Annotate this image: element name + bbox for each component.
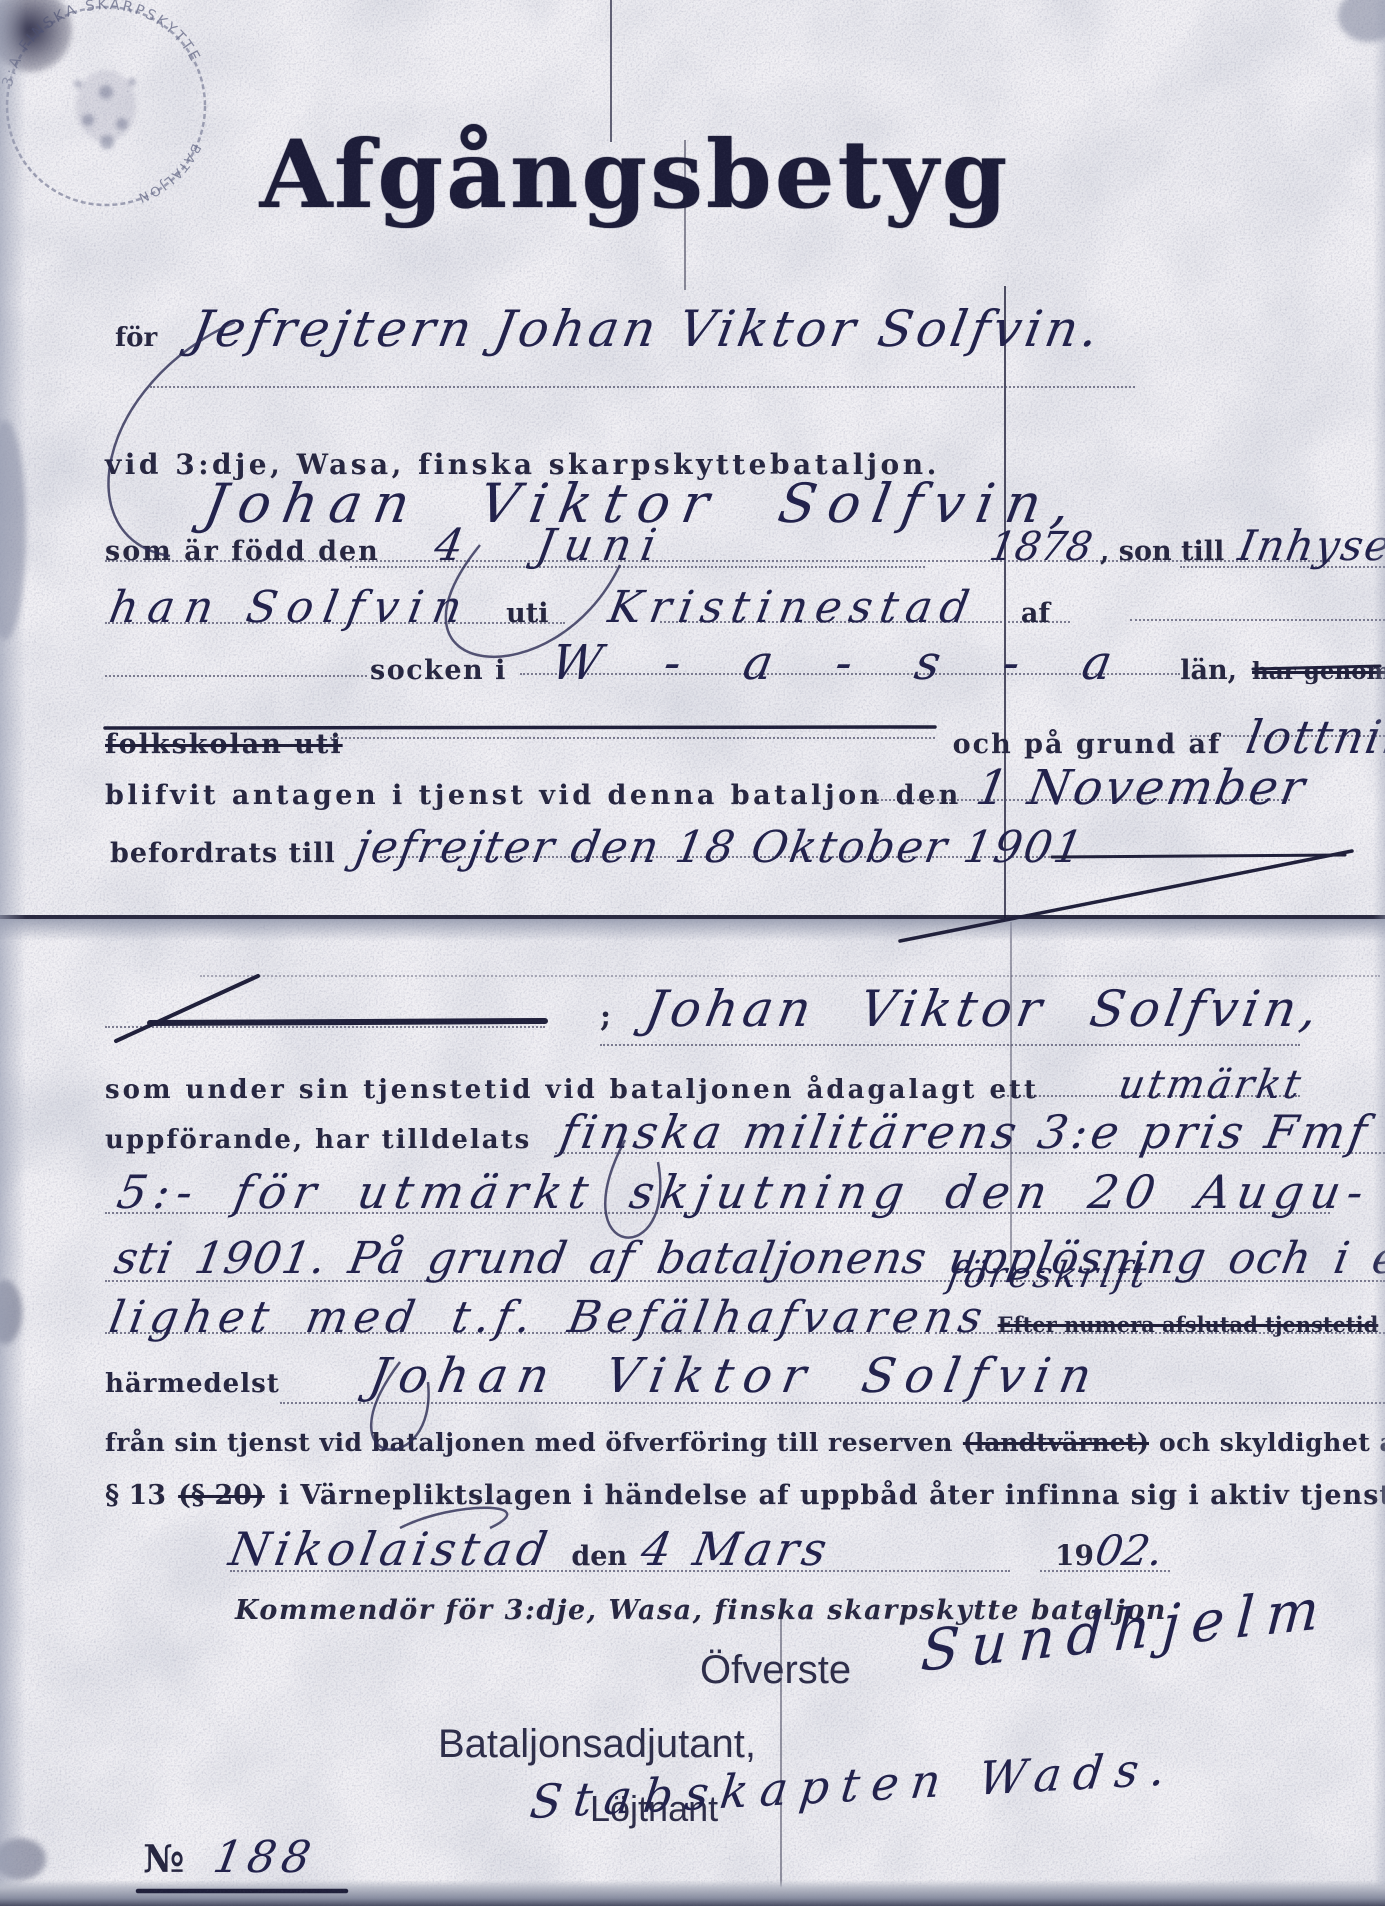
semicolon: ; bbox=[600, 999, 611, 1034]
award-handwritten-2: 5:- för utmärkt skjutning den 20 Augu- bbox=[113, 1165, 1374, 1219]
school-line: folkskolan uti och på grund af lottning bbox=[105, 710, 1385, 764]
document-title: Afgångsbetyg bbox=[0, 120, 1270, 230]
dotted-rule bbox=[200, 975, 1380, 977]
corner-smudge bbox=[0, 1838, 46, 1880]
struck-text: har genomgått bbox=[1252, 658, 1385, 685]
struck-paragraph-ref: (§ 20) bbox=[178, 1480, 265, 1511]
dotted-rule bbox=[600, 1044, 1300, 1046]
enlistment-line: blifvit antagen i tjenst vid denna batal… bbox=[105, 760, 1385, 816]
inserted-word-line: föreskrift bbox=[948, 1255, 1148, 1296]
fold-line-vertical bbox=[780, 1598, 782, 1906]
for-label: för bbox=[115, 323, 157, 353]
dotted-rule bbox=[105, 675, 367, 677]
birth-line: som är född den 4 Juni 1878 , son till I… bbox=[105, 520, 1385, 571]
document-page: 3:A FINSKA SKARPSKYTTE BATALJON Afgångsb… bbox=[0, 0, 1385, 1906]
obligation-text: och skyldighet att jemlikt bbox=[1159, 1428, 1385, 1457]
corner-smudge bbox=[0, 0, 72, 72]
document-number-line: № 188 bbox=[143, 1832, 316, 1883]
county-handwritten: W - a - s - a bbox=[547, 635, 1130, 691]
promotion-handwritten: jefrejter den 18 Oktober 1901 bbox=[351, 822, 1088, 873]
blank-fill-bar bbox=[1052, 855, 1345, 857]
recipient-line: för Jefrejtern Johan Viktor Solfvin. bbox=[115, 300, 1102, 358]
name-handwritten: Johan Viktor Solfvin, bbox=[641, 980, 1327, 1038]
bottom-edge-band bbox=[0, 1880, 1385, 1906]
birth-year-handwritten: 1878 bbox=[986, 524, 1096, 570]
dotted-rule bbox=[1130, 619, 1385, 621]
left-edge-shading bbox=[0, 0, 26, 1906]
colonel-line: Öfverste bbox=[700, 1648, 851, 1693]
parish-line: socken i W - a - s - a län, har genomgåt… bbox=[370, 635, 1385, 691]
colonel-signature: Sundhjelm bbox=[919, 1576, 1333, 1685]
award-line-2: 5:- för utmärkt skjutning den 20 Augu- bbox=[118, 1165, 1370, 1219]
hereby-label: härmedelst bbox=[105, 1369, 280, 1399]
enlistment-date-handwritten: 1 November bbox=[972, 760, 1312, 816]
law-text: i Värnepliktslagen i händelse af uppbåd … bbox=[279, 1480, 1385, 1511]
enlisted-label: blifvit antagen i tjenst vid denna batal… bbox=[105, 780, 962, 811]
dissolution-handwritten: sti 1901. På grund af bataljonens upplös… bbox=[111, 1233, 1385, 1284]
birthplace-handwritten: Kristinestad bbox=[604, 582, 980, 633]
father-place-line: han Solfvin uti Kristinestad af bbox=[110, 582, 1050, 633]
struck-service-text: Efter numera afslutad tjenstetid bbox=[998, 1312, 1379, 1337]
adjutant-line: Bataljonsadjutant, bbox=[438, 1722, 756, 1767]
name-handwritten: Johan Viktor Solfvin bbox=[365, 1348, 1106, 1404]
grounds-label: och på grund af bbox=[953, 729, 1222, 760]
conduct-line: som under sin tjenstetid vid bataljonen … bbox=[105, 1062, 1303, 1108]
son-of-label: , son till bbox=[1100, 536, 1224, 567]
county-label: län, bbox=[1180, 655, 1237, 686]
transfer-text: från sin tjenst vid bataljonen med öfver… bbox=[105, 1428, 953, 1457]
af-label: af bbox=[1021, 598, 1050, 629]
conduct-label: som under sin tjenstetid vid bataljonen … bbox=[105, 1075, 1039, 1105]
father-handwritten: Inhyses Jo- bbox=[1235, 521, 1385, 570]
order-handwritten: lighet med t.f. Befälhafvarens bbox=[106, 1292, 993, 1343]
recipient-name-handwritten: Jefrejtern Johan Viktor Solfvin. bbox=[187, 300, 1107, 358]
order-line: lighet med t.f. Befälhafvarens Efter num… bbox=[110, 1292, 1385, 1343]
award-label: uppförande, har tilldelats bbox=[105, 1125, 531, 1155]
award-handwritten: finska militärens 3:e pris Fmf bbox=[557, 1105, 1376, 1159]
blank-fill-bar bbox=[150, 1021, 545, 1023]
edge-smudge bbox=[0, 1280, 22, 1344]
father-name-handwritten: han Solfvin bbox=[106, 582, 476, 633]
adjutant-label: Bataljonsadjutant, bbox=[438, 1722, 756, 1767]
promotion-line: befordrats till jefrejter den 18 Oktober… bbox=[110, 822, 1084, 873]
born-label: som är född den bbox=[105, 536, 380, 567]
place-date-line: Nikolaistad den 4 Mars 19 02. bbox=[230, 1522, 1163, 1576]
inserted-word-handwritten: föreskrift bbox=[944, 1255, 1152, 1296]
document-number-handwritten: 188 bbox=[210, 1832, 321, 1883]
uti-label: uti bbox=[506, 598, 548, 629]
year-handwritten: 02. bbox=[1092, 1526, 1167, 1575]
dissolution-line: sti 1901. På grund af bataljonens upplös… bbox=[115, 1233, 1385, 1284]
enlistment-reason-handwritten: lottning bbox=[1242, 710, 1385, 764]
den-label: den bbox=[571, 1541, 627, 1572]
edge-smudge bbox=[0, 420, 26, 640]
date-handwritten: 4 Mars bbox=[637, 1522, 835, 1576]
colonel-label: Öfverste bbox=[700, 1648, 851, 1693]
conduct-grade-handwritten: utmärkt bbox=[1115, 1062, 1307, 1108]
award-line: uppförande, har tilldelats finska militä… bbox=[105, 1105, 1370, 1159]
promoted-label: befordrats till bbox=[110, 838, 336, 869]
dotted-rule bbox=[105, 1026, 545, 1028]
corner-smudge bbox=[1338, 0, 1385, 42]
diagonal-pen-slash bbox=[116, 976, 258, 1041]
year-prefix: 19 bbox=[1055, 1539, 1094, 1572]
parish-label: socken i bbox=[370, 655, 507, 686]
law-line: § 13 (§ 20) i Värnepliktslagen i händels… bbox=[105, 1480, 1385, 1511]
struck-school-text: folkskolan uti bbox=[105, 729, 343, 760]
repeat-name-line: ; Johan Viktor Solfvin, bbox=[600, 980, 1322, 1038]
transfer-line: från sin tjenst vid bataljonen med öfver… bbox=[105, 1428, 1385, 1457]
struck-landtvarnet-text: (landtvärnet) bbox=[963, 1428, 1149, 1457]
dotted-rule bbox=[150, 386, 1135, 388]
right-edge-shading bbox=[1373, 0, 1385, 1906]
hereby-line: härmedelst Johan Viktor Solfvin bbox=[105, 1348, 1101, 1404]
paragraph-ref: § 13 bbox=[105, 1480, 166, 1511]
birth-date-handwritten: 4 Juni bbox=[430, 520, 669, 571]
number-label: № bbox=[143, 1836, 184, 1881]
colonel-signature-line: Sundhjelm bbox=[918, 1577, 1334, 1685]
place-handwritten: Nikolaistad bbox=[225, 1522, 556, 1576]
fold-crease-shadow bbox=[0, 919, 1385, 941]
